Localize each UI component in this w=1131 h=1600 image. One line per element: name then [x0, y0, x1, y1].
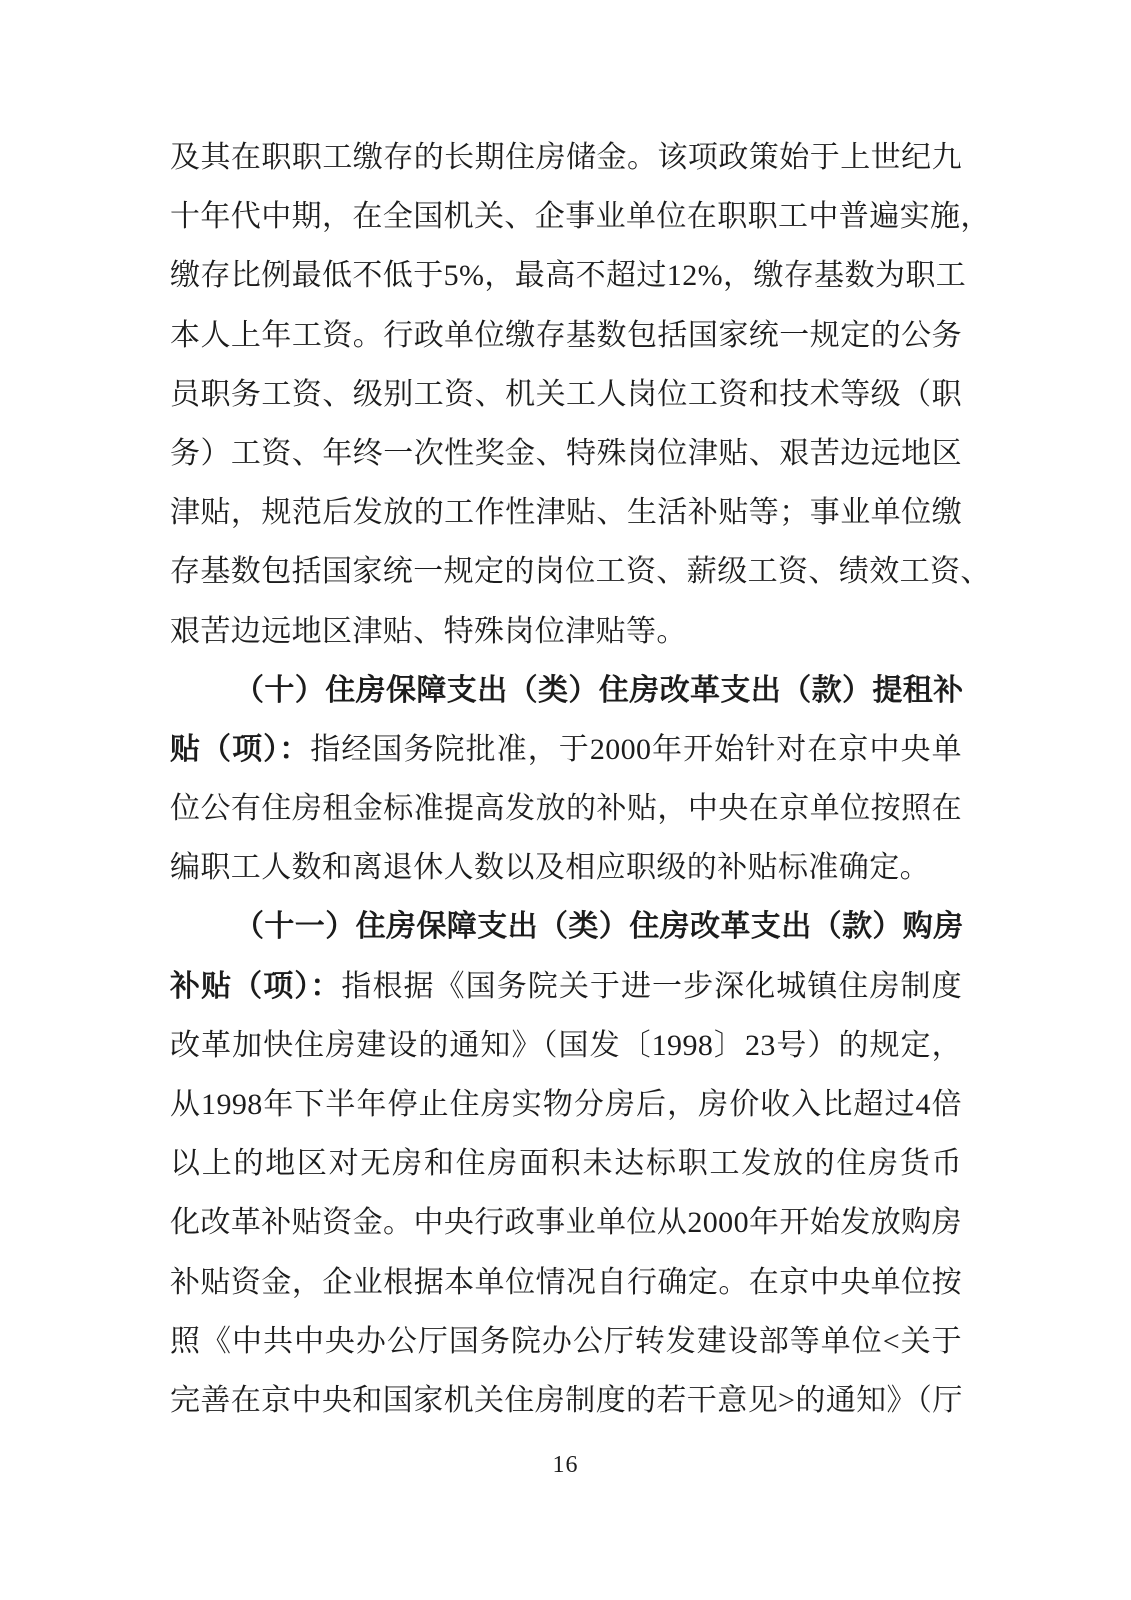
text-segment: 从1998年下半年停止住房实物分房后，房价收入比超过4倍: [170, 1088, 962, 1121]
text-line: 位公有住房租金标准提高发放的补贴，中央在京单位按照在: [170, 779, 962, 838]
para-provident-fund-continuation: 及其在职职工缴存的长期住房储金。该项政策始于上世纪九十年代中期，在全国机关、企事…: [170, 128, 962, 661]
text-segment: 务）工资、年终一次性奖金、特殊岗位津贴、艰苦边远地区: [170, 437, 962, 470]
text-segment: 位公有住房租金标准提高发放的补贴，中央在京单位按照在: [170, 792, 962, 825]
text-line: （十一）住房保障支出（类）住房改革支出（款）购房: [170, 897, 962, 956]
text-line: 津贴，规范后发放的工作性津贴、生活补贴等；事业单位缴: [170, 483, 962, 542]
text-line: 完善在京中央和国家机关住房制度的若干意见>的通知》（厅: [170, 1371, 962, 1430]
text-segment: 十年代中期，在全国机关、企事业单位在职职工中普遍实施，: [170, 200, 991, 233]
text-segment: 照《中共中央办公厅国务院办公厅转发建设部等单位<关于: [170, 1325, 962, 1358]
page-number: 16: [0, 1452, 1131, 1479]
text-line: （十）住房保障支出（类）住房改革支出（款）提租补: [170, 661, 962, 720]
text-segment: 津贴，规范后发放的工作性津贴、生活补贴等；事业单位缴: [170, 496, 962, 529]
text-line: 及其在职职工缴存的长期住房储金。该项政策始于上世纪九: [170, 128, 962, 187]
text-line: 从1998年下半年停止住房实物分房后，房价收入比超过4倍: [170, 1075, 962, 1134]
text-line: 补贴（项）：指根据《国务院关于进一步深化城镇住房制度: [170, 957, 962, 1016]
text-segment: 补贴资金，企业根据本单位情况自行确定。在京中央单位按: [170, 1266, 962, 1299]
text-segment: 改革加快住房建设的通知》（国发〔1998〕23号）的规定，: [170, 1029, 962, 1062]
text-line: 务）工资、年终一次性奖金、特殊岗位津贴、艰苦边远地区: [170, 424, 962, 483]
document-body: 及其在职职工缴存的长期住房储金。该项政策始于上世纪九十年代中期，在全国机关、企事…: [170, 128, 962, 1430]
text-line: 化改革补贴资金。中央行政事业单位从2000年开始发放购房: [170, 1193, 962, 1252]
text-segment: 缴存比例最低不低于5%，最高不超过12%，缴存基数为职工: [170, 259, 966, 292]
text-segment: 编职工人数和离退休人数以及相应职级的补贴标准确定。: [170, 851, 930, 884]
text-segment: 化改革补贴资金。中央行政事业单位从2000年开始发放购房: [170, 1206, 962, 1239]
text-line: 补贴资金，企业根据本单位情况自行确定。在京中央单位按: [170, 1253, 962, 1312]
text-line: 本人上年工资。行政单位缴存基数包括国家统一规定的公务: [170, 306, 962, 365]
text-segment: 指根据《国务院关于进一步深化城镇住房制度: [341, 970, 962, 1003]
text-segment: 以上的地区对无房和住房面积未达标职工发放的住房货币: [170, 1147, 962, 1180]
bold-text-segment: （十一）住房保障支出（类）住房改革支出（款）购房: [234, 910, 964, 943]
text-segment: 本人上年工资。行政单位缴存基数包括国家统一规定的公务: [170, 319, 962, 352]
text-line: 编职工人数和离退休人数以及相应职级的补贴标准确定。: [170, 838, 962, 897]
bold-text-segment: 贴（项）：: [170, 733, 310, 766]
text-line: 艰苦边远地区津贴、特殊岗位津贴等。: [170, 602, 962, 661]
text-line: 照《中共中央办公厅国务院办公厅转发建设部等单位<关于: [170, 1312, 962, 1371]
bold-text-segment: 补贴（项）：: [170, 970, 341, 1003]
text-segment: 完善在京中央和国家机关住房制度的若干意见>的通知》（厅: [170, 1384, 963, 1417]
document-page: 及其在职职工缴存的长期住房储金。该项政策始于上世纪九十年代中期，在全国机关、企事…: [0, 0, 1131, 1600]
text-line: 员职务工资、级别工资、机关工人岗位工资和技术等级（职: [170, 365, 962, 424]
text-line: 以上的地区对无房和住房面积未达标职工发放的住房货币: [170, 1134, 962, 1193]
text-segment: 员职务工资、级别工资、机关工人岗位工资和技术等级（职: [170, 378, 962, 411]
text-line: 存基数包括国家统一规定的岗位工资、薪级工资、绩效工资、: [170, 542, 962, 601]
text-segment: 指经国务院批准，于2000年开始针对在京中央单: [310, 733, 962, 766]
text-line: 改革加快住房建设的通知》（国发〔1998〕23号）的规定，: [170, 1016, 962, 1075]
para-item-ten-rent-raise-subsidy: （十）住房保障支出（类）住房改革支出（款）提租补贴（项）：指经国务院批准，于20…: [170, 661, 962, 898]
text-line: 贴（项）：指经国务院批准，于2000年开始针对在京中央单: [170, 720, 962, 779]
text-segment: 及其在职职工缴存的长期住房储金。该项政策始于上世纪九: [170, 141, 962, 174]
bold-text-segment: （十）住房保障支出（类）住房改革支出（款）提租补: [234, 674, 964, 707]
text-segment: 存基数包括国家统一规定的岗位工资、薪级工资、绩效工资、: [170, 555, 991, 588]
text-line: 缴存比例最低不低于5%，最高不超过12%，缴存基数为职工: [170, 246, 962, 305]
text-segment: 艰苦边远地区津贴、特殊岗位津贴等。: [170, 615, 687, 648]
para-item-eleven-home-purchase-subsidy: （十一）住房保障支出（类）住房改革支出（款）购房补贴（项）：指根据《国务院关于进…: [170, 897, 962, 1430]
text-line: 十年代中期，在全国机关、企事业单位在职职工中普遍实施，: [170, 187, 962, 246]
